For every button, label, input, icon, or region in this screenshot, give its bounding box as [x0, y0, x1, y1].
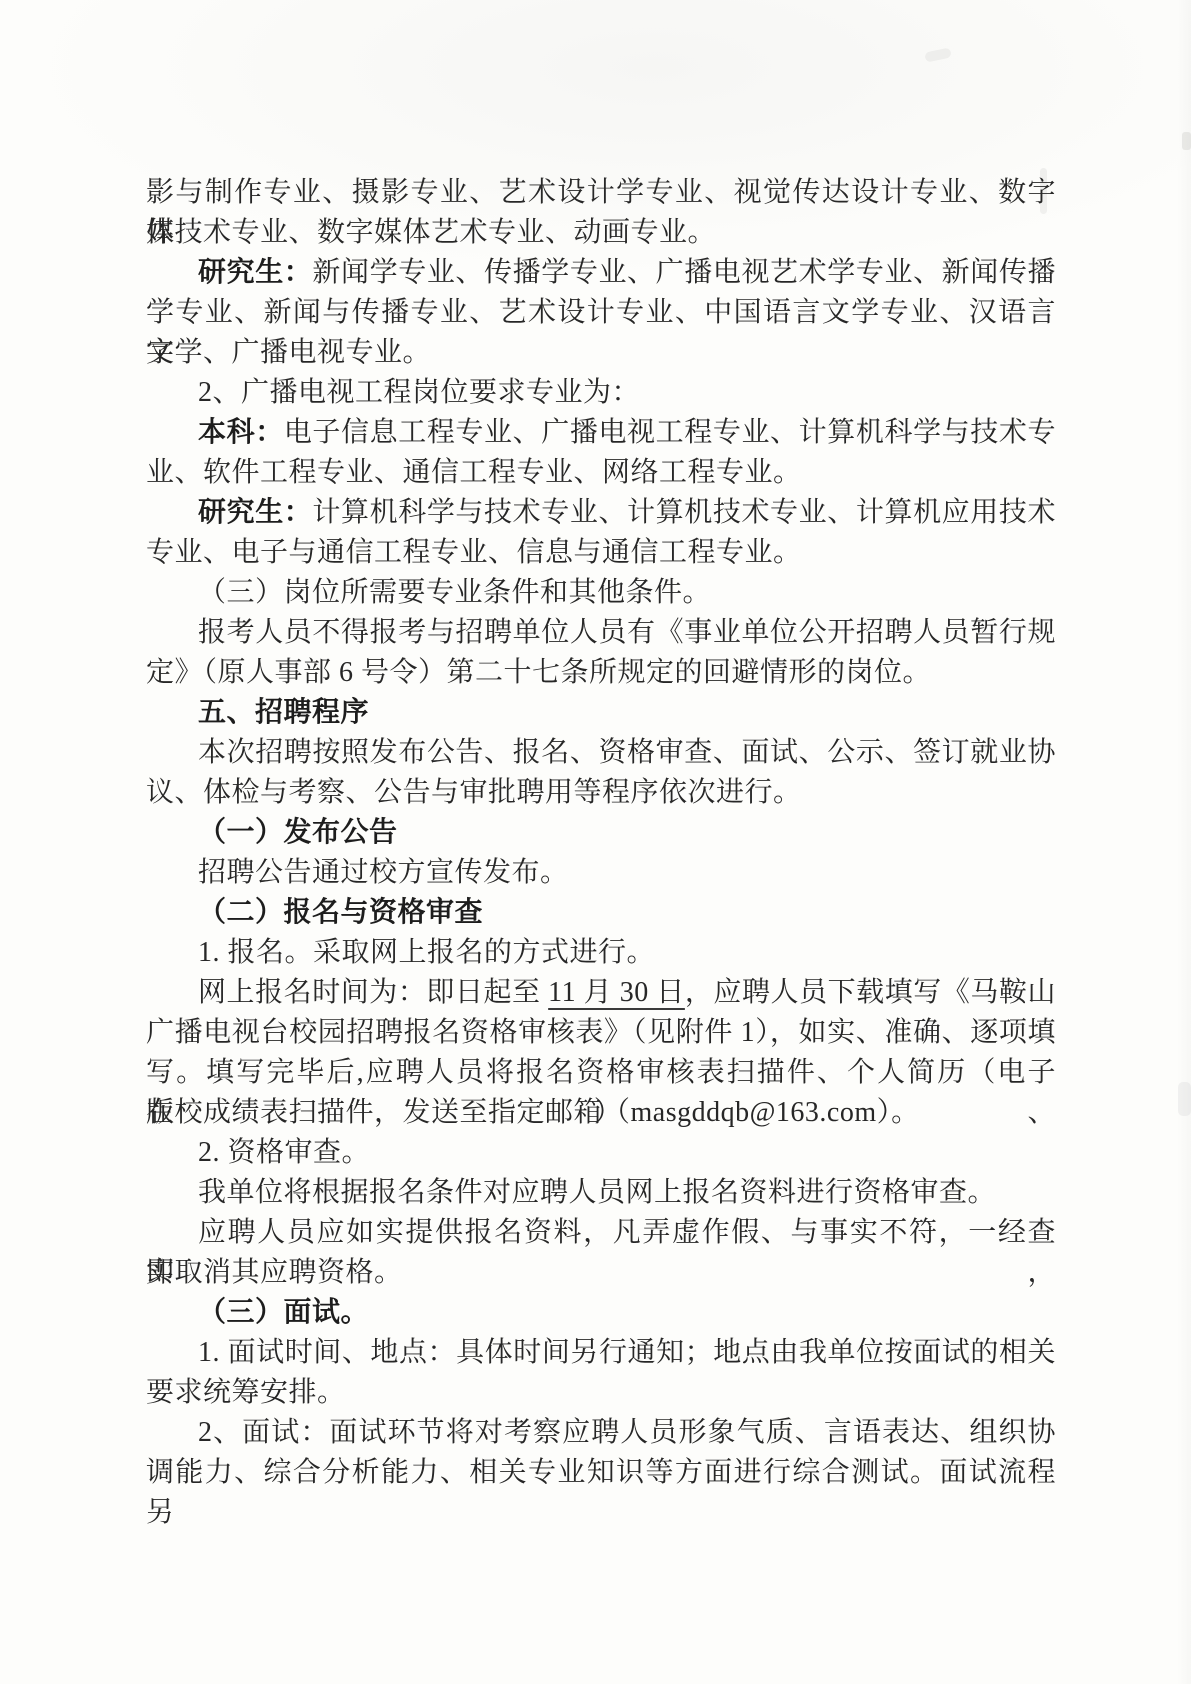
text-segment: ，应聘人员下载填写《马鞍山	[685, 977, 1056, 1008]
text-line: （三）岗位所需要专业条件和其他条件。	[146, 573, 1056, 613]
text-segment: 调能力、综合分析能力、相关专业知识等方面进行综合测试。面试流程另	[146, 1457, 1056, 1528]
text-line: 在校成绩表扫描件，发送至指定邮箱（masgddqb@163.com）。	[146, 1093, 1056, 1133]
text-segment: 计算机科学与技术专业、计算机技术专业、计算机应用技术	[312, 497, 1056, 528]
text-segment: 业、软件工程专业、通信工程专业、网络工程专业。	[146, 457, 802, 488]
bold-label: （二）报名与资格审查	[198, 897, 483, 928]
scanned-document-page: 影与制作专业、摄影专业、艺术设计学专业、视觉传达设计专业、数字媒体技术专业、数字…	[0, 0, 1191, 1684]
text-segment: 电子信息工程专业、广播电视工程专业、计算机科学与技术专	[284, 417, 1056, 448]
text-segment: 即取消其应聘资格。	[146, 1257, 403, 1288]
bold-label: 本科：	[198, 417, 284, 448]
deadline-date: 11 月 30 日	[548, 977, 685, 1008]
text-line: 专业、电子与通信工程专业、信息与通信工程专业。	[146, 533, 1056, 573]
text-segment: 2. 资格审查。	[198, 1137, 370, 1168]
text-segment: 我单位将根据报名条件对应聘人员网上报名资料进行资格审查。	[198, 1177, 996, 1208]
document-body: 影与制作专业、摄影专业、艺术设计学专业、视觉传达设计专业、数字媒体技术专业、数字…	[146, 173, 1056, 1493]
text-line: 我单位将根据报名条件对应聘人员网上报名资料进行资格审查。	[146, 1173, 1056, 1213]
text-line: 体技术专业、数字媒体艺术专业、动画专业。	[146, 213, 1056, 253]
text-segment: 专业、电子与通信工程专业、信息与通信工程专业。	[146, 537, 802, 568]
text-line: 报考人员不得报考与招聘单位人员有《事业单位公开招聘人员暂行规	[146, 613, 1056, 653]
text-segment: 招聘公告通过校方宣传发布。	[198, 857, 569, 888]
text-line: 定》（原人事部 6 号令）第二十七条所规定的回避情形的岗位。	[146, 653, 1056, 693]
text-line: 2、面试：面试环节将对考察应聘人员形象气质、言语表达、组织协	[146, 1413, 1056, 1453]
bold-label: 研究生：	[198, 257, 312, 288]
text-line: 应聘人员应如实提供报名资料，凡弄虚作假、与事实不符，一经查实，	[146, 1213, 1056, 1253]
text-segment: 议、体检与考察、公告与审批聘用等程序依次进行。	[146, 777, 802, 808]
text-line: 研究生：计算机科学与技术专业、计算机技术专业、计算机应用技术	[146, 493, 1056, 533]
text-segment: 新闻学专业、传播学专业、广播电视艺术学专业、新闻传播	[312, 257, 1056, 288]
text-segment: 体技术专业、数字媒体艺术专业、动画专业。	[146, 217, 716, 248]
text-line: 研究生：新闻学专业、传播学专业、广播电视艺术学专业、新闻传播	[146, 253, 1056, 293]
text-segment: 1. 面试时间、地点：具体时间另行通知；地点由我单位按面试的相关	[198, 1337, 1056, 1368]
text-line: 五、招聘程序	[146, 693, 1056, 733]
text-segment: （三）岗位所需要专业条件和其他条件。	[198, 577, 711, 608]
text-line: 本科：电子信息工程专业、广播电视工程专业、计算机科学与技术专	[146, 413, 1056, 453]
scan-artifact	[1182, 132, 1191, 150]
document-lines: 影与制作专业、摄影专业、艺术设计学专业、视觉传达设计专业、数字媒体技术专业、数字…	[146, 173, 1056, 1493]
text-line: 影与制作专业、摄影专业、艺术设计学专业、视觉传达设计专业、数字媒	[146, 173, 1056, 213]
text-line: 1. 报名。采取网上报名的方式进行。	[146, 933, 1056, 973]
text-line: 业、软件工程专业、通信工程专业、网络工程专业。	[146, 453, 1056, 493]
text-segment: 本次招聘按照发布公告、报名、资格审查、面试、公示、签订就业协	[198, 737, 1056, 768]
text-segment: 1. 报名。采取网上报名的方式进行。	[198, 937, 655, 968]
bold-label: 五、招聘程序	[198, 697, 369, 728]
text-segment: 报考人员不得报考与招聘单位人员有《事业单位公开招聘人员暂行规	[198, 617, 1056, 648]
text-segment: 在校成绩表扫描件，发送至指定邮箱（masgddqb@163.com）。	[146, 1097, 920, 1128]
text-line: 调能力、综合分析能力、相关专业知识等方面进行综合测试。面试流程另	[146, 1453, 1056, 1493]
text-line: 本次招聘按照发布公告、报名、资格审查、面试、公示、签订就业协	[146, 733, 1056, 773]
text-line: 2. 资格审查。	[146, 1133, 1056, 1173]
text-line: 字学、广播电视专业。	[146, 333, 1056, 373]
text-line: （一）发布公告	[146, 813, 1056, 853]
text-line: （二）报名与资格审查	[146, 893, 1056, 933]
text-line: 网上报名时间为：即日起至 11 月 30 日，应聘人员下载填写《马鞍山	[146, 973, 1056, 1013]
scan-artifact	[1178, 1082, 1191, 1116]
text-line: 招聘公告通过校方宣传发布。	[146, 853, 1056, 893]
text-line: 2、广播电视工程岗位要求专业为：	[146, 373, 1056, 413]
bold-label: （三）面试。	[198, 1297, 369, 1328]
text-line: 议、体检与考察、公告与审批聘用等程序依次进行。	[146, 773, 1056, 813]
text-segment: 要求统筹安排。	[146, 1377, 346, 1408]
text-segment: 网上报名时间为：即日起至	[198, 977, 548, 1008]
text-segment: 2、广播电视工程岗位要求专业为：	[198, 377, 640, 408]
scan-artifact	[924, 47, 952, 62]
text-line: 广播电视台校园招聘报名资格审核表》（见附件 1），如实、准确、逐项填	[146, 1013, 1056, 1053]
text-segment: 2、面试：面试环节将对考察应聘人员形象气质、言语表达、组织协	[198, 1417, 1056, 1448]
bold-label: （一）发布公告	[198, 817, 398, 848]
bold-label: 研究生：	[198, 497, 312, 528]
text-line: 1. 面试时间、地点：具体时间另行通知；地点由我单位按面试的相关	[146, 1333, 1056, 1373]
text-line: 写。填写完毕后,应聘人员将报名资格审核表扫描件、个人简历（电子版）、	[146, 1053, 1056, 1093]
text-segment: 定》（原人事部 6 号令）第二十七条所规定的回避情形的岗位。	[146, 657, 931, 688]
text-line: （三）面试。	[146, 1293, 1056, 1333]
text-segment: 广播电视台校园招聘报名资格审核表》（见附件 1），如实、准确、逐项填	[146, 1017, 1056, 1048]
text-line: 学专业、新闻与传播专业、艺术设计专业、中国语言文学专业、汉语言文	[146, 293, 1056, 333]
text-segment: 字学、广播电视专业。	[146, 337, 431, 368]
text-line: 要求统筹安排。	[146, 1373, 1056, 1413]
